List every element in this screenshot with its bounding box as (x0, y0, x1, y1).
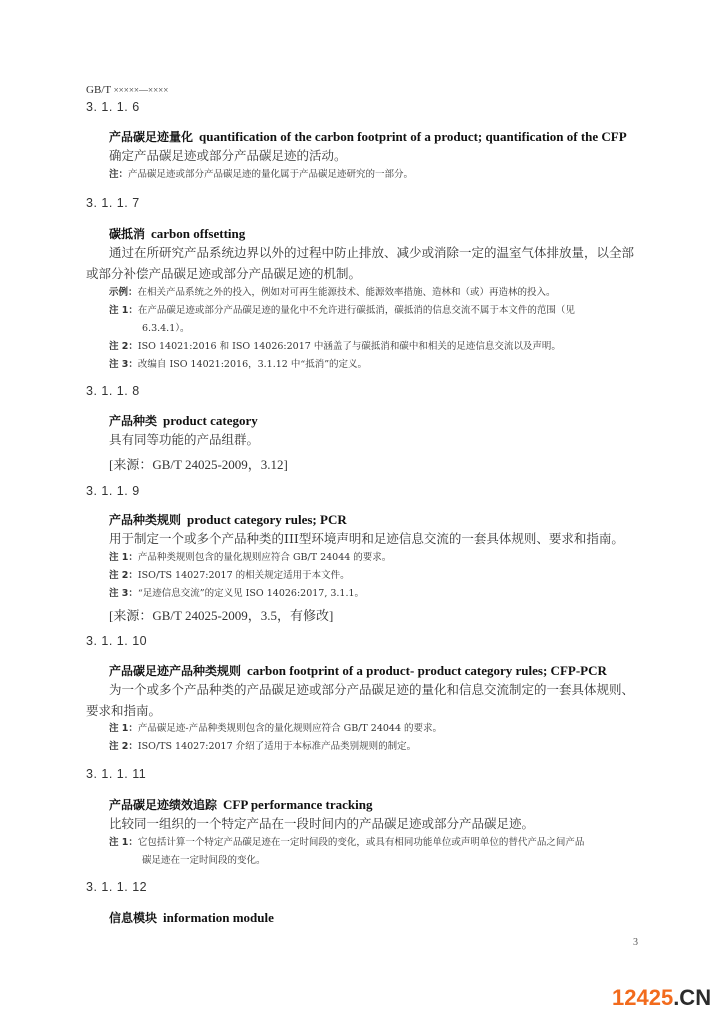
watermark-digits: 12425 (612, 985, 673, 1010)
term-heading: 信息模块information module (109, 909, 274, 926)
note-text: 它包括计算一个特定产品碳足迹在一定时间段的变化，或具有相同功能单位或声明单位的替… (138, 837, 585, 848)
note-continuation: 碳足迹在一定时间段的变化。 (109, 852, 639, 870)
note-label: 注 2： (109, 741, 138, 752)
note-text: 产品碳足迹或部分产品碳足迹的量化属于产品碳足迹研究的一部分。 (128, 169, 413, 180)
term-en: carbon footprint of a product- product c… (247, 663, 607, 678)
definition: 通过在所研究产品系统边界以外的过程中防止排放、减少或消除一定的温室气体排放量，以… (86, 242, 638, 284)
note-label: 注 1： (109, 837, 138, 848)
note-label: 注 3： (109, 588, 138, 599)
note: 注 2：ISO/TS 14027:2017 介绍了适用于本标准产品类别规则的制定… (109, 738, 639, 756)
term-heading: 产品碳足迹绩效追踪CFP performance tracking (109, 796, 372, 813)
note-text: 产品种类规则包含的量化规则应符合 GB/T 24044 的要求。 (138, 552, 391, 563)
term-cn: 产品种类规则 (109, 513, 181, 527)
note-text: “足迹信息交流”的定义见 ISO 14026:2017, 3.1.1。 (138, 588, 364, 599)
note: 注 1：它包括计算一个特定产品碳足迹在一定时间段的变化，或具有相同功能单位或声明… (109, 834, 639, 870)
definition: 具有同等功能的产品组群。 (109, 429, 661, 450)
example-label: 示例： (109, 287, 138, 298)
note-label: 注 3： (109, 359, 138, 370)
doc-code-prefix: GB/T (86, 84, 111, 96)
note: 注 3：改编自 ISO 14021:2016，3.1.12 中“抵消”的定义。 (109, 356, 639, 374)
note: 注 3：“足迹信息交流”的定义见 ISO 14026:2017, 3.1.1。 (109, 585, 639, 603)
clause-number: 3. 1. 1. 9 (86, 484, 140, 498)
term-en: CFP performance tracking (223, 797, 372, 812)
note-continuation: 6.3.4.1）。 (109, 320, 639, 338)
watermark-suffix: .CN (673, 985, 711, 1010)
note: 注 2：ISO/TS 14027:2017 的相关规定适用于本文件。 (109, 567, 639, 585)
term-heading: 产品碳足迹量化quantification of the carbon foot… (109, 128, 627, 145)
term-en: carbon offsetting (151, 226, 245, 241)
term-en: quantification of the carbon footprint o… (199, 129, 627, 144)
note-text: ISO/TS 14027:2017 的相关规定适用于本文件。 (138, 570, 350, 581)
note-text: ISO 14021:2016 和 ISO 14026:2017 中涵盖了与碳抵消… (138, 341, 561, 352)
definition: 为一个或多个产品种类的产品碳足迹或部分产品碳足迹的量化和信息交流制定的一套具体规… (86, 679, 638, 721)
note-label: 注： (109, 169, 128, 180)
definition: 比较同一组织的一个特定产品在一段时间内的产品碳足迹或部分产品碳足迹。 (109, 813, 649, 834)
definition: 用于制定一个或多个产品种类的III型环境声明和足迹信息交流的一套具体规则、要求和… (109, 528, 649, 549)
term-cn: 产品碳足迹绩效追踪 (109, 798, 217, 812)
doc-code-mask: ×××××—×××× (114, 85, 169, 95)
term-cn: 产品碳足迹量化 (109, 130, 193, 144)
note-label: 注 1： (109, 723, 138, 734)
note-text: 在产品碳足迹或部分产品碳足迹的量化中不允许进行碳抵消，碳抵消的信息交流不属于本文… (138, 305, 575, 316)
note-label: 注 2： (109, 570, 138, 581)
note-label: 注 1： (109, 552, 138, 563)
note: 注：产品碳足迹或部分产品碳足迹的量化属于产品碳足迹研究的一部分。 (109, 166, 639, 184)
note-text: 产品碳足迹-产品种类规则包含的量化规则应符合 GB/T 24044 的要求。 (138, 723, 442, 734)
clause-number: 3. 1. 1. 11 (86, 767, 146, 781)
note-text: ISO/TS 14027:2017 介绍了适用于本标准产品类别规则的制定。 (138, 741, 416, 752)
term-heading: 产品种类规则product category rules; PCR (109, 511, 347, 528)
term-cn: 信息模块 (109, 911, 157, 925)
clause-number: 3. 1. 1. 12 (86, 880, 147, 894)
term-heading: 产品种类product category (109, 412, 258, 429)
note: 注 1：产品碳足迹-产品种类规则包含的量化规则应符合 GB/T 24044 的要… (109, 720, 639, 738)
page-number: 3 (633, 937, 638, 948)
note: 注 1：产品种类规则包含的量化规则应符合 GB/T 24044 的要求。 (109, 549, 639, 567)
term-heading: 碳抵消carbon offsetting (109, 225, 245, 242)
term-cn: 碳抵消 (109, 227, 145, 241)
note-label: 注 1： (109, 305, 138, 316)
note-text: 改编自 ISO 14021:2016，3.1.12 中“抵消”的定义。 (138, 359, 367, 370)
clause-number: 3. 1. 1. 10 (86, 634, 147, 648)
term-cn: 产品碳足迹产品种类规则 (109, 664, 241, 678)
term-cn: 产品种类 (109, 414, 157, 428)
term-heading: 产品碳足迹产品种类规则carbon footprint of a product… (109, 662, 607, 679)
source-reference: [来源：GB/T 24025-2009，3.12] (109, 454, 288, 473)
term-en: product category rules; PCR (187, 512, 347, 527)
source-reference: [来源：GB/T 24025-2009，3.5，有修改] (109, 605, 333, 624)
watermark-logo: 12425.CN (612, 985, 711, 1011)
clause-number: 3. 1. 1. 7 (86, 196, 140, 210)
clause-number: 3. 1. 1. 6 (86, 100, 140, 114)
document-code-header: GB/T ×××××—×××× (86, 84, 168, 96)
example: 示例：在相关产品系统之外的投入，例如对可再生能源技术、能源效率措施、造林和（或）… (109, 284, 639, 302)
clause-number: 3. 1. 1. 8 (86, 384, 140, 398)
note: 注 1：在产品碳足迹或部分产品碳足迹的量化中不允许进行碳抵消，碳抵消的信息交流不… (109, 302, 639, 338)
term-en: information module (163, 910, 274, 925)
note: 注 2：ISO 14021:2016 和 ISO 14026:2017 中涵盖了… (109, 338, 639, 356)
example-text: 在相关产品系统之外的投入，例如对可再生能源技术、能源效率措施、造林和（或）再造林… (138, 287, 556, 298)
definition: 确定产品碳足迹或部分产品碳足迹的活动。 (109, 145, 661, 166)
document-page: GB/T ×××××—×××× 3. 1. 1. 6 产品碳足迹量化quanti… (0, 0, 720, 1018)
term-en: product category (163, 413, 258, 428)
note-label: 注 2： (109, 341, 138, 352)
